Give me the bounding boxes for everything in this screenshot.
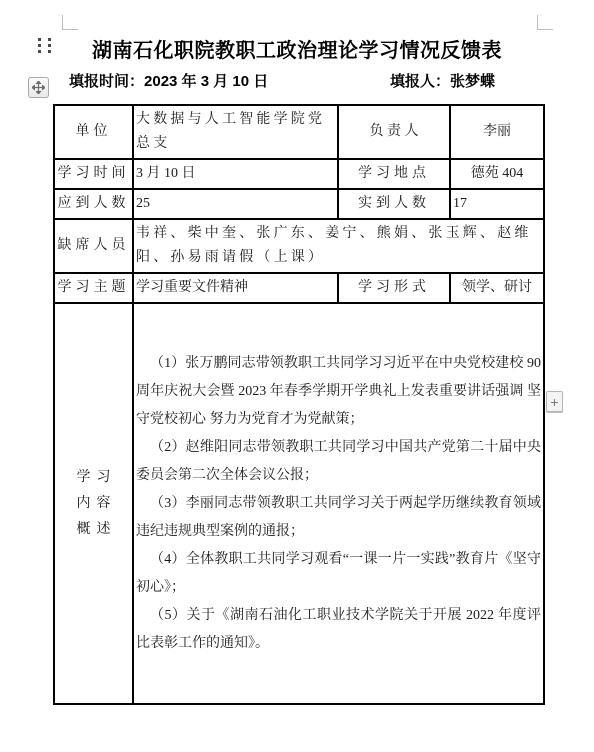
table-row-summary: 学习 内容 概述 （1）张万鹏同志带领教职工共同学习习近平在中央党校建校 90 … (54, 303, 544, 704)
table-row-time: 学习时间 3 月 10 日 学习地点 德苑 404 (54, 159, 544, 189)
leader-label: 负 责 人 (338, 105, 450, 159)
table-row-unit: 单位 大数据与人工智能学院党总支 负 责 人 李丽 (54, 105, 544, 159)
expected-value: 25 (133, 189, 338, 219)
time-label: 学习时间 (54, 159, 133, 189)
document-page: + 湖南石化职院教职工政治理论学习情况反馈表 填报时间：2023 年 3 月 1… (0, 0, 594, 752)
page-title: 湖南石化职院教职工政治理论学习情况反馈表 (0, 34, 594, 63)
topic-label: 学习主题 (54, 273, 133, 303)
actual-value: 17 (450, 189, 544, 219)
topic-value: 学习重要文件精神 (133, 273, 338, 303)
unit-value: 大数据与人工智能学院党总支 (133, 105, 338, 159)
format-value: 领学、研讨 (450, 273, 544, 303)
actual-label: 实到人数 (338, 189, 450, 219)
format-label: 学习形式 (338, 273, 450, 303)
unit-label: 单位 (54, 105, 133, 159)
summary-paragraph-4: （4）全体教职工共同学习观看“一课一片一实践”教育片《坚守初心》； (136, 546, 541, 602)
margin-corner-mark-right (537, 15, 553, 30)
place-value: 德苑 404 (450, 159, 544, 189)
report-time-value: 2023 年 3 月 10 日 (144, 73, 268, 90)
table-row-absent: 缺席人员 韦祥、柴中奎、张广东、姜宁、熊娟、张玉辉、赵维阳、孙易雨请假（上课） (54, 219, 544, 273)
summary-content: （1）张万鹏同志带领教职工共同学习习近平在中央党校建校 90 周年庆祝大会暨 2… (133, 303, 544, 704)
plus-icon: + (550, 394, 558, 410)
summary-paragraph-5: （5）关于《湖南石油化工职业技术学院关于开展 2022 年度评比表彰工作的通知》… (136, 602, 541, 658)
report-time: 填报时间：2023 年 3 月 10 日 (69, 71, 268, 93)
place-label: 学习地点 (338, 159, 450, 189)
absent-label: 缺席人员 (54, 219, 133, 273)
summary-paragraph-1: （1）张万鹏同志带领教职工共同学习习近平在中央党校建校 90 周年庆祝大会暨 2… (136, 350, 541, 434)
table-row-attendance: 应到人数 25 实到人数 17 (54, 189, 544, 219)
table-row-topic: 学习主题 学习重要文件精神 学习形式 领学、研讨 (54, 273, 544, 303)
absent-value: 韦祥、柴中奎、张广东、姜宁、熊娟、张玉辉、赵维阳、孙易雨请假（上课） (133, 219, 544, 273)
report-time-label: 填报时间： (69, 73, 144, 90)
reporter-label: 填报人： (390, 73, 450, 90)
summary-paragraph-2: （2）赵维阳同志带领教职工共同学习中国共产党第二十届中央委员会第二次全体会议公报… (136, 434, 541, 490)
margin-corner-mark-left (62, 15, 78, 30)
time-value: 3 月 10 日 (133, 159, 338, 189)
leader-value: 李丽 (450, 105, 544, 159)
reporter: 填报人：张梦蝶 (390, 71, 495, 93)
summary-label: 学习 内容 概述 (54, 303, 133, 704)
insert-button[interactable]: + (546, 391, 563, 412)
feedback-form-table: 单位 大数据与人工智能学院党总支 负 责 人 李丽 学习时间 3 月 10 日 … (53, 104, 545, 705)
summary-paragraph-3: （3）李丽同志带领教职工共同学习关于两起学历继续教育领域违纪违规典型案例的通报； (136, 490, 541, 546)
expected-label: 应到人数 (54, 189, 133, 219)
meta-line: 填报时间：2023 年 3 月 10 日 填报人：张梦蝶 (0, 71, 594, 93)
reporter-value: 张梦蝶 (450, 73, 495, 90)
